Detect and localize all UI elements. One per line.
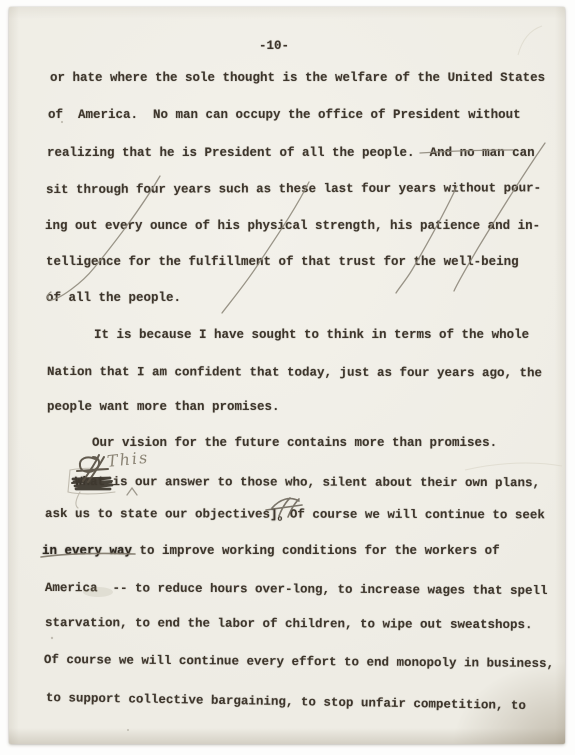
typed-line: It is because I have sought to think in … [94,327,529,343]
typed-line: or hate where the sole thought is the we… [50,70,545,86]
typed-line: in every way to improve working conditio… [42,543,500,559]
struck-text: And no man can [430,146,535,160]
typed-line: ing out every ounce of his physical stre… [45,218,540,234]
typed-line: starvation, to end the labor of children… [45,615,533,633]
typed-line: of America. No man can occupy the office… [48,107,521,123]
typed-text-segment: to improve working conditions for the wo… [132,544,500,558]
typed-text-segment: realizing that he is President of all th… [47,146,430,160]
struck-punctuation: ] [270,508,278,522]
typed-text-segment: Of course we will continue to seek [282,508,545,523]
typed-line: sit through four years such as these las… [46,180,541,198]
typed-line: America -- to reduce hours over-long, to… [45,580,548,599]
typed-line: What is our answer to those who, silent … [75,474,540,491]
typed-line: Our vision for the future contains more … [92,435,497,451]
typed-line: telligence for the fulfillment of that t… [46,254,519,270]
struck-text: in every way [42,544,132,558]
document-scan: -10- or hate where the sole thought is t… [0,0,575,755]
struck-text: What [75,475,105,489]
typed-line: ask us to state our objectives]o Of cour… [45,506,545,528]
typed-text-segment: ask us to state our objectives [45,507,270,522]
page-number: -10- [259,38,289,54]
typed-line: realizing that he is President of all th… [47,145,535,161]
typed-text-segment: is our answer to those who, silent about… [105,475,540,490]
typed-line: Nation that I am confident that today, j… [47,364,542,381]
typed-line: people want more than promises. [47,399,280,415]
typed-line: of all the people. [46,290,181,306]
